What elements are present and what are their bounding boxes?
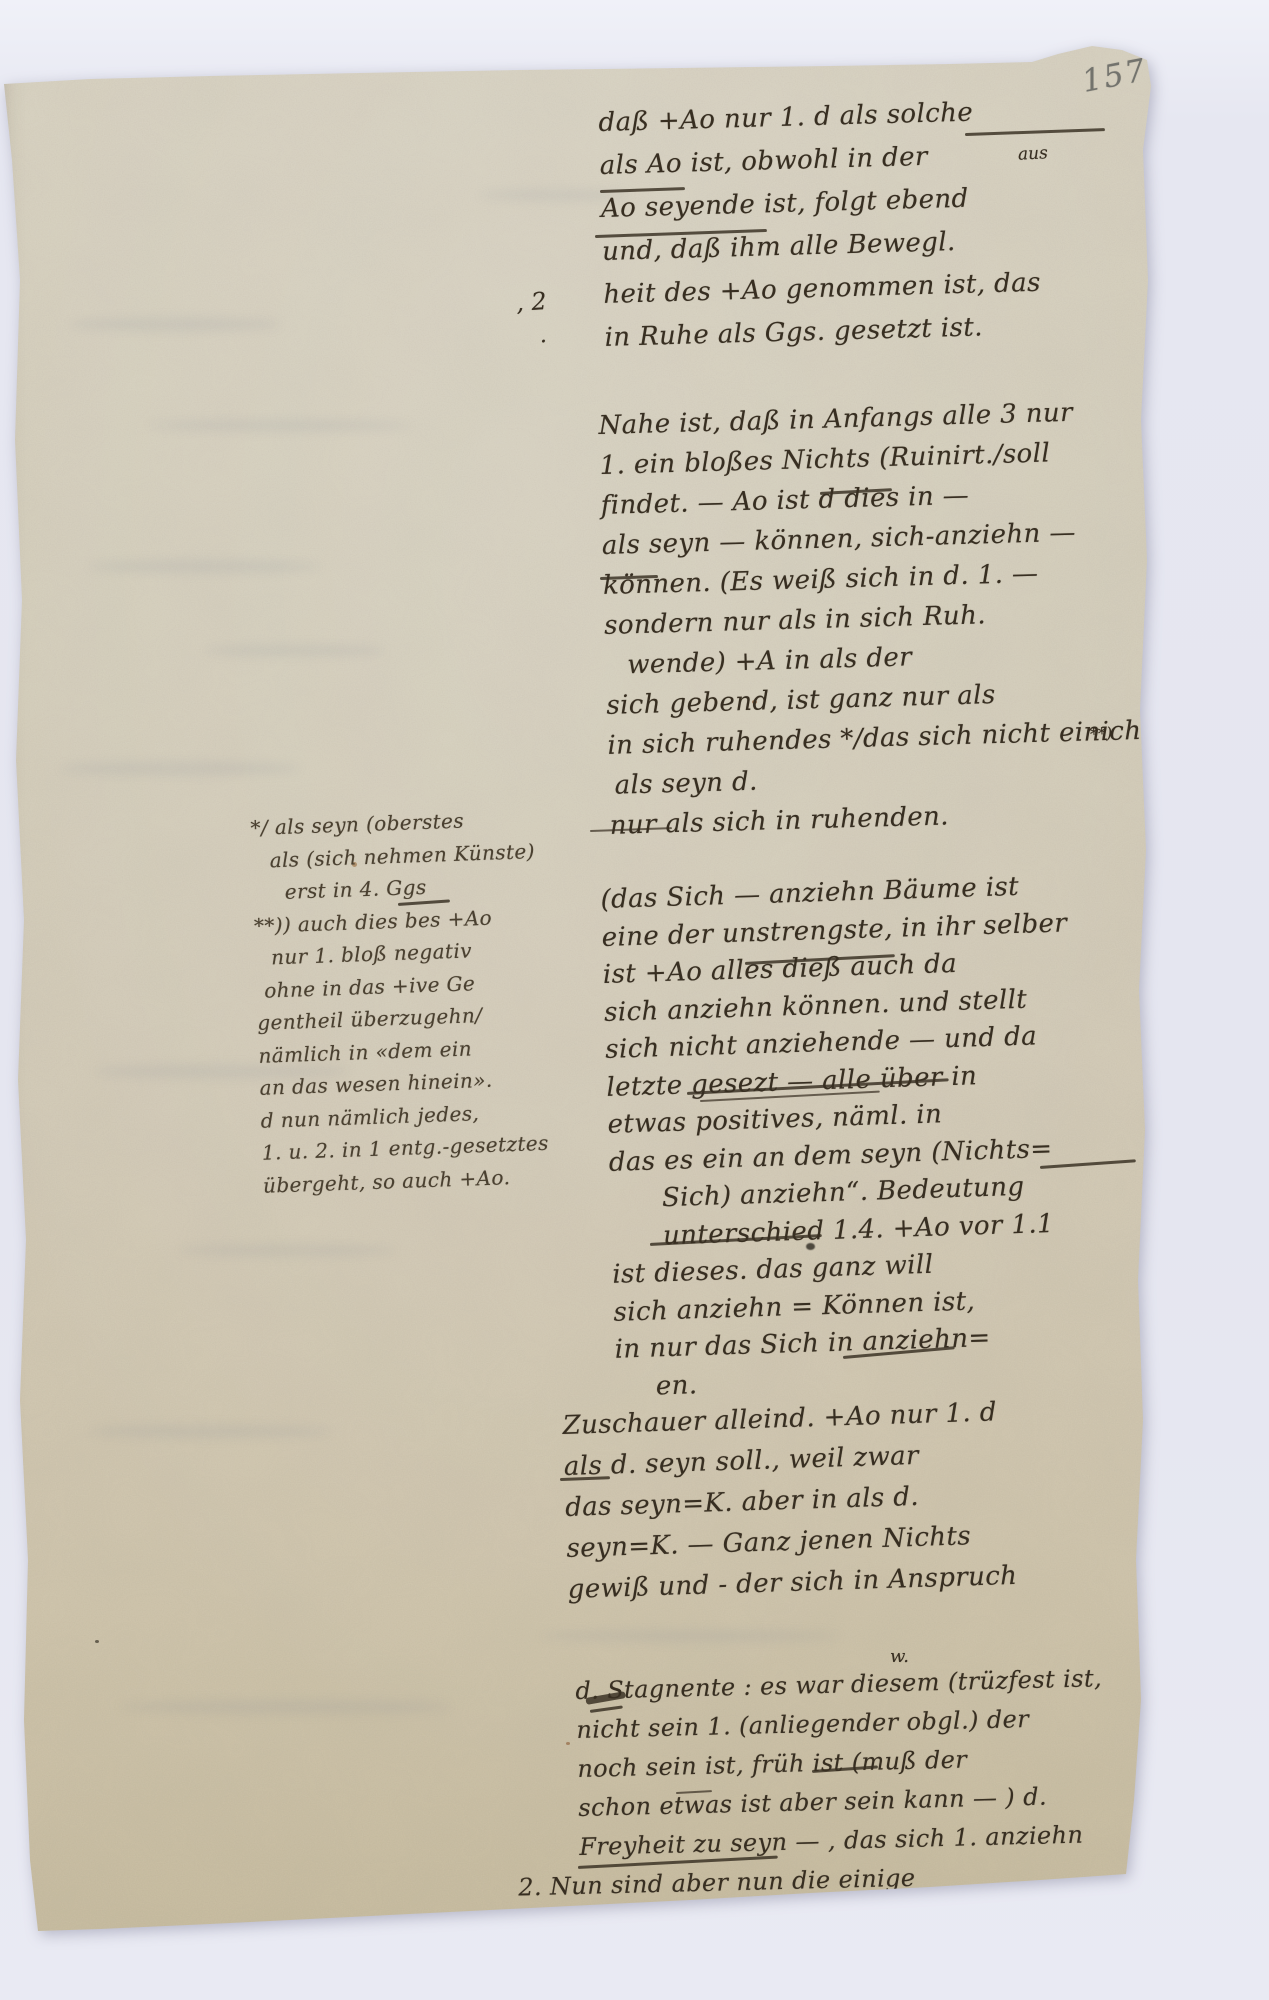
main-text-paragraph-2: Nahe ist, daß in Anfangs alle 3 nur1. ei… bbox=[598, 390, 1170, 845]
bleed-through-mark bbox=[60, 762, 300, 775]
bleed-through-mark bbox=[540, 1630, 840, 1642]
rust-stain bbox=[566, 1742, 570, 1745]
bleed-through-mark bbox=[120, 1700, 450, 1714]
paragraph-number-dot: · bbox=[540, 330, 547, 355]
margin-note: */ als seyn (oberstesals (sich nehmen Kü… bbox=[250, 803, 513, 1201]
footnote-reference-mark: **) bbox=[1089, 723, 1113, 744]
main-text-paragraph-4: Zuschauer alleind. +Ao nur 1. dals d. se… bbox=[562, 1388, 1148, 1611]
bleed-through-mark bbox=[150, 420, 410, 431]
paper-shadow: 157 daß +Ao nur 1. d als solcheals Ao is… bbox=[0, 0, 1269, 2000]
interline-insertion: w. bbox=[890, 1646, 909, 1667]
scan-background: 157 daß +Ao nur 1. d als solcheals Ao is… bbox=[0, 0, 1269, 2000]
interline-insertion: aus bbox=[1017, 143, 1048, 165]
paragraph-number-mark: , 2 bbox=[515, 287, 547, 317]
manuscript-page: 157 daß +Ao nur 1. d als solcheals Ao is… bbox=[0, 0, 1269, 2000]
bleed-through-mark bbox=[70, 318, 280, 331]
ink-fleck bbox=[95, 1640, 99, 1643]
bleed-through-mark bbox=[90, 1425, 330, 1438]
main-text-paragraph-3: (das Sich — anziehn Bäume isteine der un… bbox=[600, 864, 1176, 1406]
main-text-paragraph-1: daß +Ao nur 1. d als solcheals Ao ist, o… bbox=[598, 86, 1165, 360]
bottom-note-paragraph: d. Stagnente : es war diesem (trüzfest i… bbox=[575, 1658, 1161, 1906]
bleed-through-mark bbox=[90, 560, 320, 573]
bleed-through-mark bbox=[205, 645, 385, 656]
bleed-through-mark bbox=[180, 1245, 395, 1256]
